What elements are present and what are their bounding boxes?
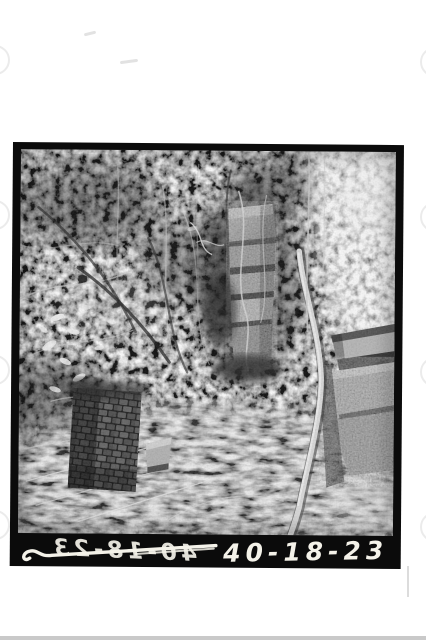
- scan-hole-artifact: [0, 355, 10, 385]
- scan-edge-artifact: [0, 636, 426, 640]
- scan-hole-artifact: [420, 47, 426, 77]
- scan-hole-artifact: [420, 202, 426, 232]
- scan-hole-artifact: [420, 357, 426, 387]
- scan-hole-artifact: [420, 512, 426, 542]
- photo-image: [18, 149, 396, 536]
- photo-frame: 40-18-23 40-18-23: [10, 142, 404, 569]
- scan-line-artifact: [407, 566, 409, 597]
- scanned-page: 40-18-23 40-18-23: [0, 0, 426, 640]
- caption-text: 40-18-23: [222, 536, 389, 568]
- scan-smudge: [120, 59, 138, 64]
- photo-scene: [18, 149, 396, 536]
- scan-hole-artifact: [0, 200, 10, 230]
- film-grain: [18, 149, 396, 536]
- scan-hole-artifact: [0, 45, 10, 75]
- crossed-out-caption: 40-18-23: [24, 535, 216, 568]
- scan-hole-artifact: [0, 510, 10, 540]
- caption-band: 40-18-23 40-18-23: [18, 533, 393, 569]
- scan-smudge: [84, 31, 96, 37]
